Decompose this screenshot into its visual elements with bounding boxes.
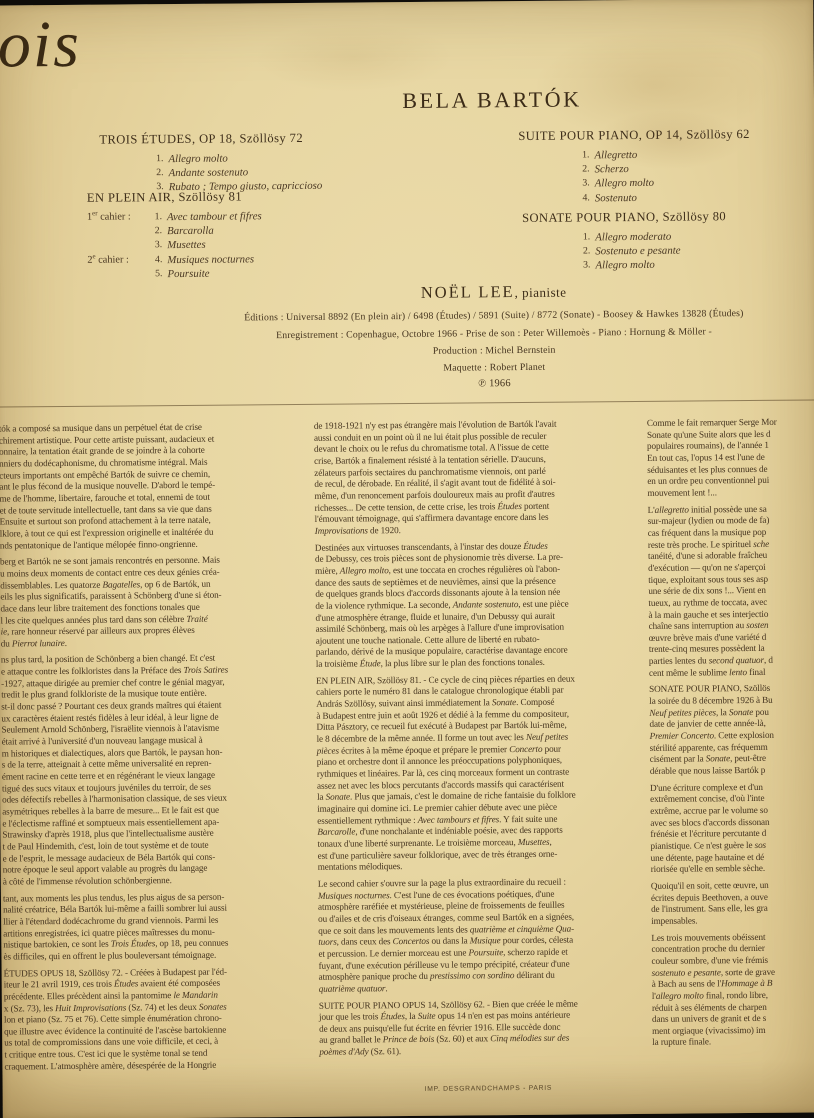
track-number: 3.	[147, 239, 162, 253]
cahier-label: 1er cahier :	[87, 210, 147, 225]
liner-notes-paragraph: de 1918-1921 n'y est pas étrangère mais …	[314, 418, 617, 537]
artist-name: NOËL LEE	[421, 282, 515, 302]
liner-notes-column-right: Comme le fait remarquer Serge MorSonate …	[647, 415, 814, 1054]
liner-notes-paragraph: Les trois mouvements obéissentconcentrat…	[651, 930, 814, 1049]
credit-phonogram-year: ℗ 1966	[86, 375, 814, 393]
album-back-cover: lois BELA BARTÓK TROIS ÉTUDES, OP 18, Sz…	[0, 0, 814, 1118]
track-title: Allegro moderato	[595, 230, 671, 245]
track-number: 5.	[147, 267, 162, 281]
track-number: 2.	[575, 163, 590, 177]
liner-notes-paragraph: tant, aux moments les plus tendus, les p…	[3, 891, 306, 964]
track-title: Andante sostenuto	[169, 166, 249, 181]
paper-stain	[253, 22, 454, 94]
track-number: 4.	[575, 191, 590, 205]
track-title: Sostenuto	[595, 191, 637, 206]
work-heading: EN PLEIN AIR, Szöllösy 81	[87, 189, 262, 206]
liner-notes-paragraph: Destinées aux virtuoses transcendants, à…	[315, 540, 618, 671]
track-title: Scherzo	[595, 162, 629, 177]
liner-notes-paragraph: EN PLEIN AIR, Szöllösy 81. - Ce cycle de…	[316, 673, 620, 874]
track-title: Allegro molto	[168, 152, 227, 167]
track-number: 2.	[149, 166, 164, 180]
credit-recording: Enregistrement : Copenhague, Octobre 196…	[86, 325, 814, 343]
liner-notes-paragraph: L'allegretto initial possède une sasur-m…	[648, 502, 814, 680]
header-divider-rule	[0, 399, 814, 408]
work-trois-etudes: TROIS ÉTUDES, OP 18, Szöllösy 72 1.Alleg…	[99, 131, 322, 196]
liner-notes-paragraph: berg et Bartók ne se sont jamais rencont…	[0, 554, 303, 650]
liner-notes-column-center: de 1918-1921 n'y est pas étrangère mais …	[314, 418, 622, 1063]
credit-editions: Éditions : Universal 8892 (En plein air)…	[86, 307, 814, 325]
track-number: 3.	[575, 259, 590, 273]
track-number: 4.	[147, 253, 162, 267]
liner-notes-paragraph: Quoiqu'il en soit, cette œuvre, unécrite…	[651, 878, 814, 927]
track-item: 1.Allegro molto	[148, 151, 322, 167]
track-item: 3.Allegro molto	[575, 175, 751, 191]
liner-notes-paragraph: ÉTUDES OPUS 18, Szöllösy 72. - Créées à …	[4, 965, 307, 1073]
track-item: 3.Allegro molto	[575, 258, 726, 274]
liner-notes-column-left: tók a composé sa musique dans un perpétu…	[0, 421, 307, 1078]
liner-notes-paragraph: ns plus tard, la position de Schönberg a…	[1, 652, 305, 888]
artist-line: NOËL LEE, pianiste	[176, 279, 812, 305]
artist-role: , pianiste	[515, 285, 567, 300]
composer-title: BELA BARTÓK	[174, 84, 810, 116]
track-number: 1.	[148, 152, 163, 166]
cahier-label	[87, 267, 147, 282]
liner-notes-paragraph: SONATE POUR PIANO, Szöllösla soirée du 8…	[649, 682, 814, 778]
track-item: 2.Barcarolla	[87, 223, 262, 239]
liner-notes-paragraph: Le second cahier s'ouvre sur la page la …	[318, 876, 621, 995]
track-number: 1.	[147, 210, 162, 224]
track-title: Avec tambour et fifres	[167, 209, 262, 224]
liner-notes-paragraph: Comme le fait remarquer Serge MorSonate …	[647, 415, 814, 499]
track-title: Sostenuto e pesante	[595, 244, 680, 259]
track-item: 2.Andante sostenuto	[149, 165, 323, 181]
track-item: 1.Allegro moderato	[575, 229, 726, 245]
track-title: Barcarolla	[167, 224, 214, 239]
liner-notes-paragraph: D'une écriture complexe et d'unextrêmeme…	[650, 780, 814, 876]
work-en-plein-air: EN PLEIN AIR, Szöllösy 81 1er cahier :1.…	[87, 189, 262, 282]
track-title: Musiques nocturnes	[167, 252, 254, 267]
work-heading: TROIS ÉTUDES, OP 18, Szöllösy 72	[99, 131, 322, 148]
track-item: 2e cahier :4.Musiques nocturnes	[87, 252, 262, 268]
track-number: 2.	[575, 245, 590, 259]
track-item: 4.Sostenuto	[575, 190, 751, 206]
cover-script-title-fragment: lois	[0, 7, 81, 84]
track-number: 1.	[575, 230, 590, 244]
work-suite-pour-piano: SUITE POUR PIANO, OP 14, Szöllösy 62 1.A…	[518, 127, 750, 206]
track-title: Allegro molto	[595, 176, 654, 191]
track-item: 2.Scherzo	[575, 161, 751, 177]
work-sonate-pour-piano: SONATE POUR PIANO, Szöllösy 80 1.Allegro…	[522, 209, 727, 273]
track-item: 2.Sostenuto e pesante	[575, 243, 726, 259]
cahier-label	[87, 224, 147, 239]
track-item: 3.Musettes	[87, 238, 262, 254]
track-item: 1er cahier :1.Avec tambour et fifres	[87, 209, 262, 225]
work-heading: SUITE POUR PIANO, OP 14, Szöllösy 62	[518, 127, 750, 144]
printer-imprint: IMP. DESGRANDCHAMPS - PARIS	[425, 1085, 552, 1093]
track-title: Allegretto	[594, 148, 637, 163]
credit-production: Production : Michel Bernstein	[86, 342, 814, 360]
track-title: Musettes	[167, 238, 206, 253]
track-title: Allegro molto	[595, 258, 654, 273]
track-number: 2.	[147, 224, 162, 238]
track-item: 1.Allegretto	[574, 147, 750, 163]
album-back-cover-photo: lois BELA BARTÓK TROIS ÉTUDES, OP 18, Sz…	[0, 0, 814, 1118]
track-title: Poursuite	[167, 267, 209, 282]
work-heading: SONATE POUR PIANO, Szöllösy 80	[522, 209, 726, 226]
liner-notes-paragraph: SUITE POUR PIANO OPUS 14, Szöllösy 62. -…	[319, 998, 621, 1059]
track-number: 1.	[574, 148, 589, 162]
credit-maquette: Maquette : Robert Planet	[86, 359, 814, 377]
liner-notes-paragraph: tók a composé sa musique dans un perpétu…	[0, 421, 302, 552]
track-number: 3.	[575, 177, 590, 191]
cahier-label	[87, 239, 147, 254]
track-item: 5.Poursuite	[87, 266, 262, 282]
cahier-label: 2e cahier :	[87, 253, 147, 268]
